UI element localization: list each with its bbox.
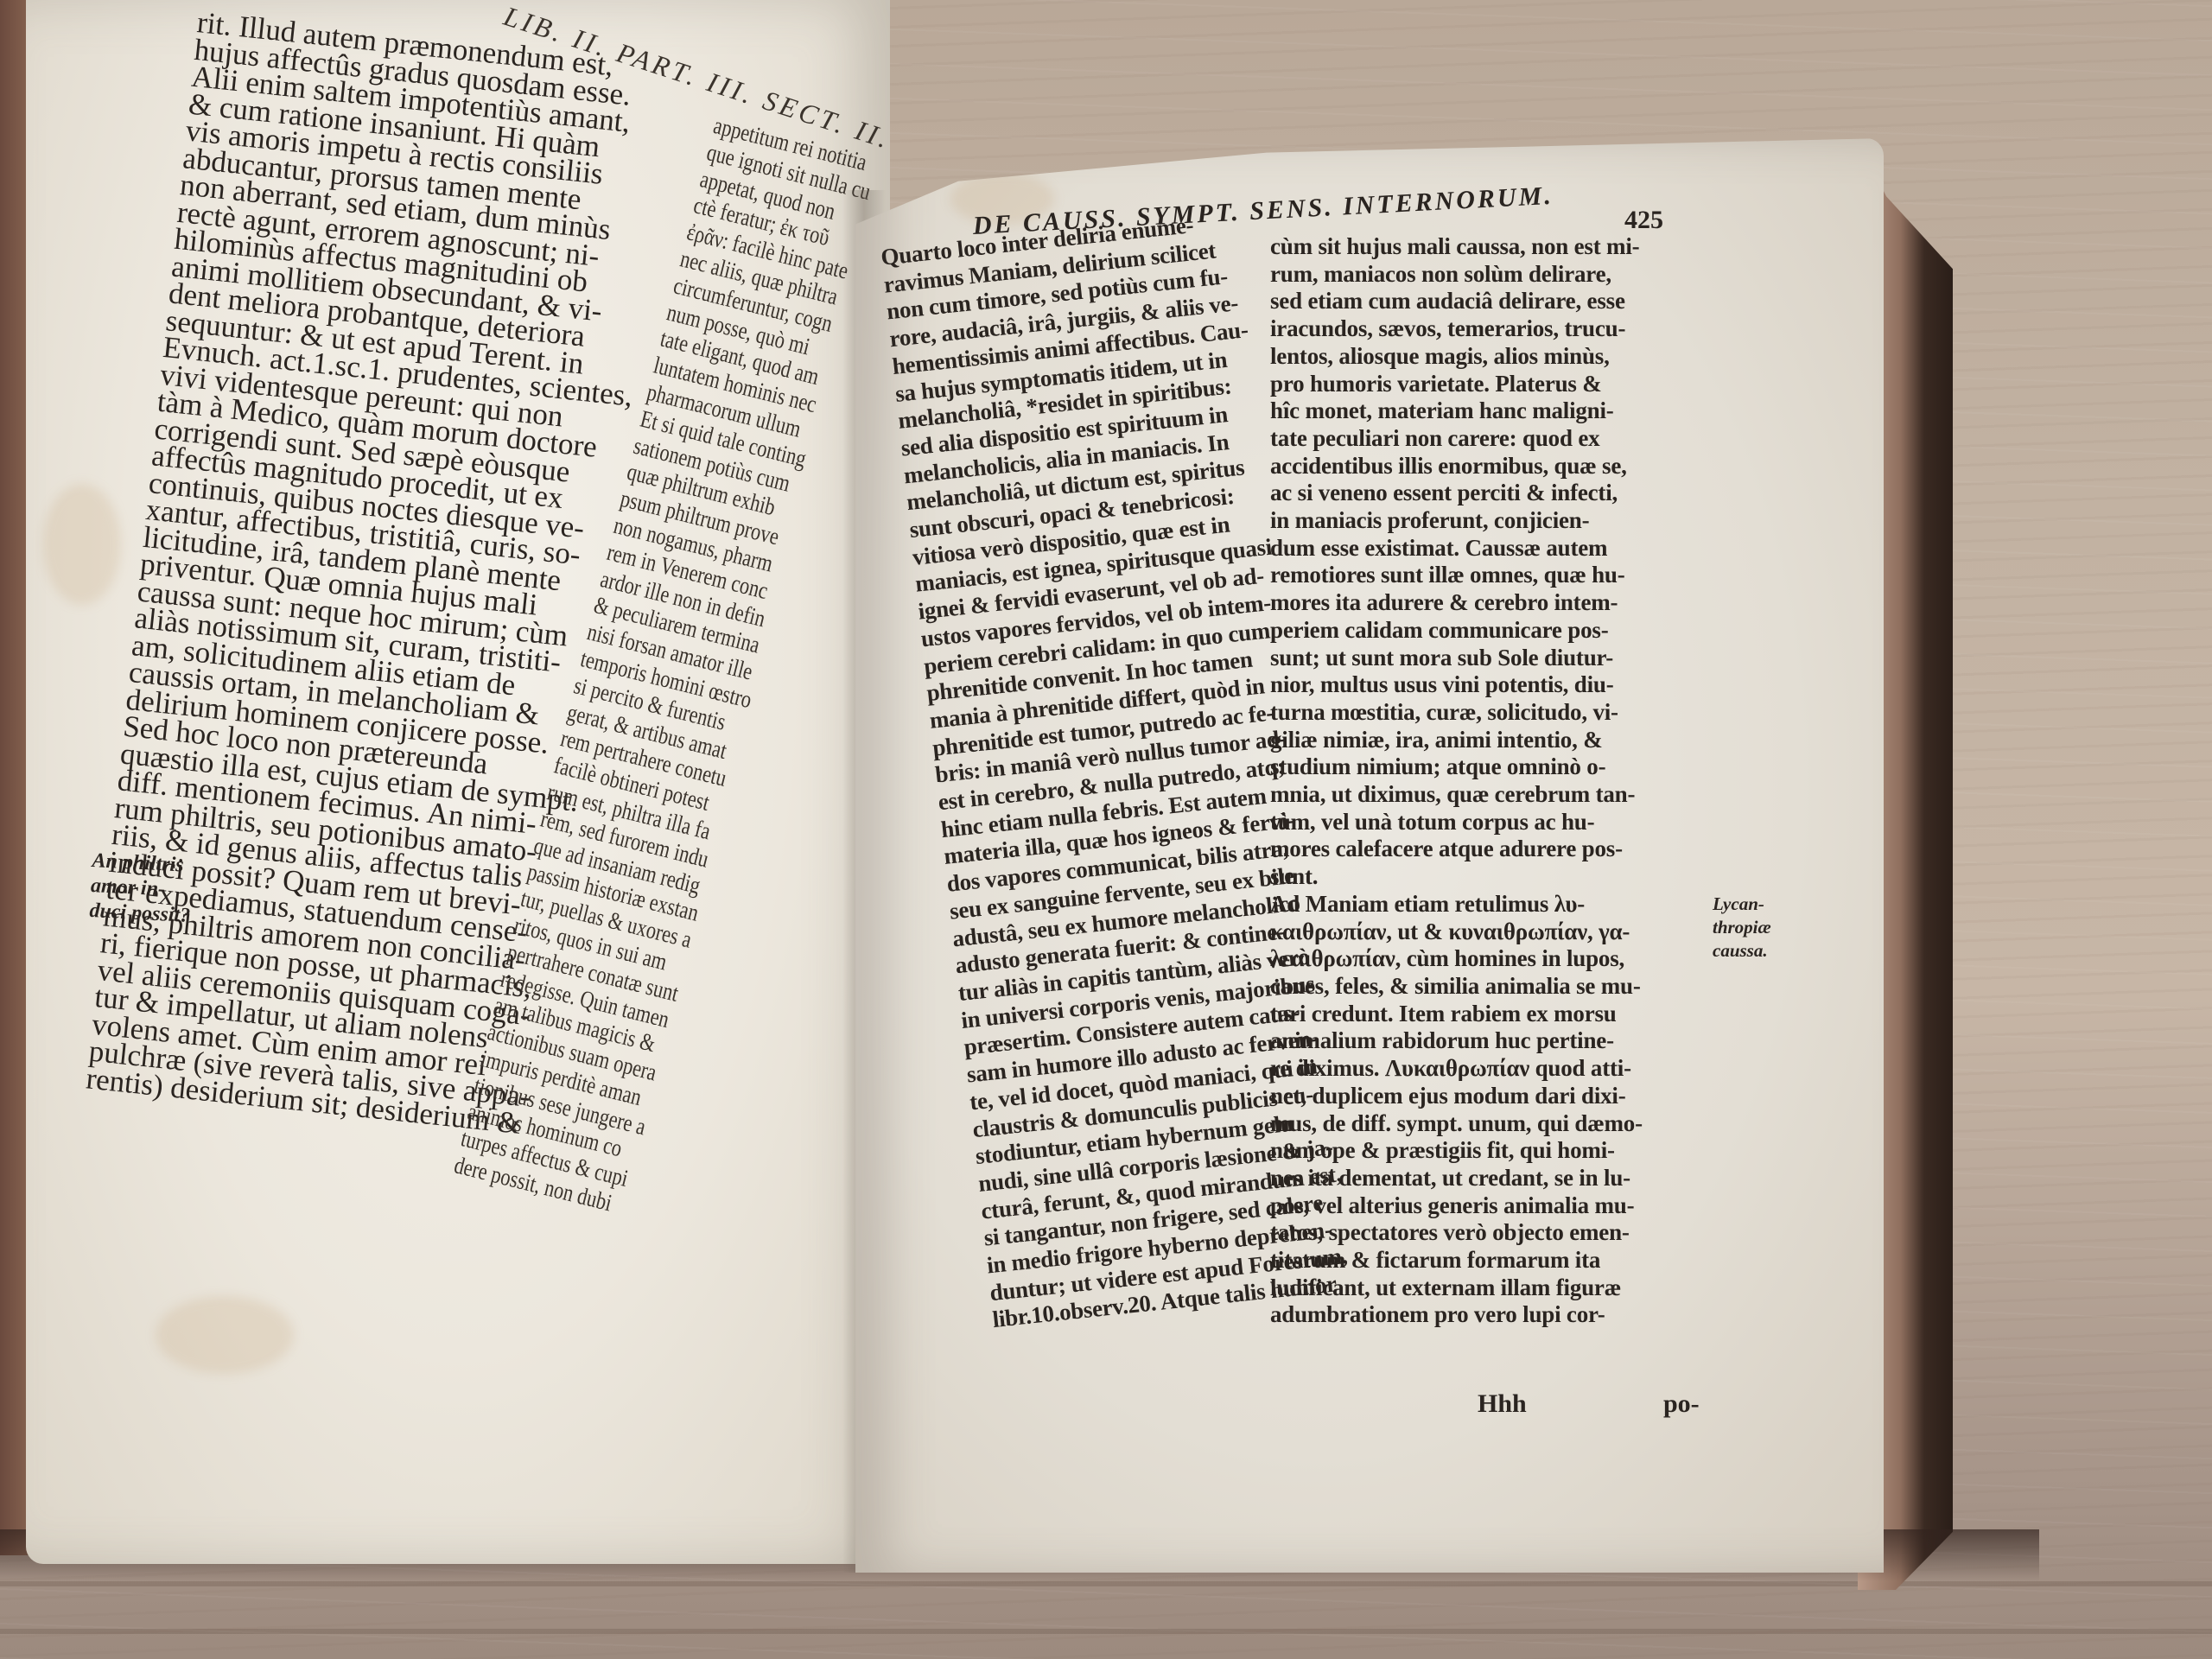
text-line: dum esse existimat. Caussæ autem bbox=[1270, 535, 1702, 563]
margin-note-line: duci possit? bbox=[89, 899, 191, 929]
text-line: nes ita dementat, ut credant, se in lu- bbox=[1270, 1165, 1702, 1192]
text-line: Ad Maniam etiam retulimus λυ- bbox=[1270, 891, 1702, 918]
text-line: sunt. bbox=[1270, 863, 1702, 891]
text-line: remotiores sunt illæ omnes, quæ hu- bbox=[1270, 562, 1702, 589]
margin-note-line: Lycan- bbox=[1713, 893, 1771, 916]
text-line: giliæ nimiæ, ira, animi intentio, & bbox=[1270, 727, 1702, 754]
text-line: accidentibus illis enormibus, quæ se, bbox=[1270, 453, 1702, 480]
right-column-b: cùm sit hujus mali caussa, non est mi-ru… bbox=[1270, 233, 1702, 1329]
text-line: nior, multus usus vini potentis, diu- bbox=[1270, 671, 1702, 699]
text-line: in maniacis proferunt, conjicien- bbox=[1270, 507, 1702, 535]
text-line: ludificant, ut externam illam figuræ bbox=[1270, 1274, 1702, 1302]
text-line: lentos, aliosque magis, alios minùs, bbox=[1270, 343, 1702, 371]
margin-note-left: An philtris amor in- duci possit? bbox=[89, 849, 194, 929]
text-line: num ope & præstigiis fit, qui homi- bbox=[1270, 1137, 1702, 1165]
text-line: mus, de diff. sympt. unum, qui dæmo- bbox=[1270, 1110, 1702, 1138]
paper-stain bbox=[43, 484, 121, 605]
text-line: ac si veneno essent perciti & infecti, bbox=[1270, 480, 1702, 507]
text-line: tate peculiari non carere: quod ex bbox=[1270, 425, 1702, 453]
text-line: tari credunt. Item rabiem ex morsu bbox=[1270, 1001, 1702, 1028]
text-line: canes, feles, & similia animalia se mu- bbox=[1270, 973, 1702, 1001]
margin-note-right: Lycan- thropiæ caussa. bbox=[1713, 893, 1771, 963]
text-line: λεαιθρωπίαν, cùm homines in lupos, bbox=[1270, 945, 1702, 973]
text-line: καιθρωπίαν, ut & κυναιθρωπίαν, γα- bbox=[1270, 918, 1702, 946]
table-plank-seam bbox=[0, 1629, 2212, 1634]
text-line: hîc monet, materiam hanc maligni- bbox=[1270, 397, 1702, 425]
text-line: titarum & fictarum formarum ita bbox=[1270, 1247, 1702, 1274]
text-line: cùm sit hujus mali caussa, non est mi- bbox=[1270, 233, 1702, 261]
text-line: pos, vel alterius generis animalia mu- bbox=[1270, 1192, 1702, 1220]
text-line: turna mœstitia, curæ, solicitudo, vi- bbox=[1270, 699, 1702, 727]
text-line: sed etiam cum audaciâ delirare, esse bbox=[1270, 288, 1702, 315]
text-line: re diximus. Λυκαιθρωπίαν quod atti- bbox=[1270, 1055, 1702, 1083]
text-line: mores ita adurere & cerebro intem- bbox=[1270, 589, 1702, 617]
signature-mark: Hhh bbox=[1478, 1389, 1527, 1419]
text-line: mnia, ut diximus, quæ cerebrum tan- bbox=[1270, 781, 1702, 809]
text-line: rum, maniacos non solùm delirare, bbox=[1270, 261, 1702, 289]
text-line: tatos, spectatores verò objecto emen- bbox=[1270, 1219, 1702, 1247]
text-line: pro humoris varietate. Platerus & bbox=[1270, 371, 1702, 398]
text-line: animalium rabidorum huc pertine- bbox=[1270, 1027, 1702, 1055]
text-line: adumbrationem pro vero lupi cor- bbox=[1270, 1301, 1702, 1329]
text-line: iracundos, sævos, temerarios, trucu- bbox=[1270, 315, 1702, 343]
catchword: po- bbox=[1663, 1389, 1700, 1419]
text-line: net, duplicem ejus modum dari dixi- bbox=[1270, 1083, 1702, 1110]
text-line: periem calidam communicare pos- bbox=[1270, 617, 1702, 645]
text-line: studium nimium; atque omninò o- bbox=[1270, 753, 1702, 781]
text-line: sunt; ut sunt mora sub Sole diutur- bbox=[1270, 645, 1702, 672]
page-number: 425 bbox=[1624, 206, 1663, 235]
text-line: tùm, vel unà totum corpus ac hu- bbox=[1270, 809, 1702, 836]
text-line: mores calefacere atque adurere pos- bbox=[1270, 836, 1702, 863]
margin-note-line: thropiæ bbox=[1713, 916, 1771, 939]
paper-stain bbox=[156, 1296, 294, 1374]
left-page: LIB. II. PART. III. SECT. II. CAP. IV. r… bbox=[26, 0, 890, 1564]
margin-note-line: caussa. bbox=[1713, 939, 1771, 963]
